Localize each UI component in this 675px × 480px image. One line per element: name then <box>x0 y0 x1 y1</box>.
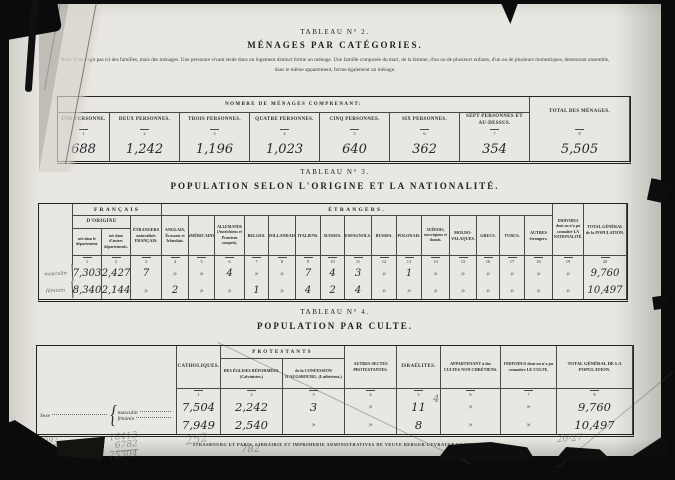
t3-cell: » <box>553 265 584 282</box>
t4-col-number-text: 5 <box>414 390 423 397</box>
t3-col-number-text: 13 <box>405 257 414 264</box>
t3-col-number: 2 <box>102 256 131 265</box>
t3-col-number: 19 <box>553 256 584 265</box>
t3-col-number: 6 <box>215 256 245 265</box>
t3-cell: » <box>189 282 215 299</box>
t3-row-label: féminin <box>39 281 74 300</box>
t4-row-label: féminin <box>118 416 135 422</box>
t3-cell: 7 <box>131 265 162 282</box>
t3-col-number-text: 8 <box>278 257 287 264</box>
t3-cell: » <box>553 282 584 299</box>
t3-col-number-text: 1 <box>83 257 92 264</box>
t2-value: 1,242 <box>110 137 180 161</box>
t3-cell: 1 <box>397 265 422 282</box>
t4-col-lutheriens: de la CONFESSION D'AUGSBOURG. (Luthérien… <box>283 359 345 389</box>
t3-col-number-text: 4 <box>171 257 180 264</box>
dotted-leader <box>140 411 171 412</box>
t3-col-number-text: 19 <box>564 257 573 264</box>
t2-value: 1,023 <box>250 137 320 161</box>
t3-cell: 4 <box>321 265 345 282</box>
t4-cell: 7,504 <box>177 398 221 416</box>
t4-col-calvinistes: DES ÉGLISES RÉFORMÉES. (Calvinistes.) <box>221 359 283 389</box>
t3-cell: » <box>269 265 296 282</box>
t3-cell: » <box>422 265 450 282</box>
t3-corner-cell <box>39 204 73 265</box>
t3-cell: » <box>525 282 553 299</box>
t2-col-number: 3 <box>180 128 250 137</box>
pencil-annotation: 75304 <box>109 449 138 461</box>
t3-col-number-text: 6 <box>225 257 234 264</box>
t3-col-number-text: 7 <box>252 257 261 264</box>
t3-cell: » <box>372 265 397 282</box>
tableau2-title: TABLEAU N° 2. <box>29 28 641 36</box>
t3-col-number: 18 <box>525 256 553 265</box>
t2-col-number: 5 <box>320 128 390 137</box>
t3-col-number: 8 <box>269 256 296 265</box>
t3-cell: 4 <box>215 265 245 282</box>
t2-col-number-text: 5 <box>350 129 359 136</box>
t3-col-number-text: 11 <box>354 257 363 264</box>
t3-col-naturalises: ÉTRANGERS naturalisés FRANÇAIS. <box>131 216 162 256</box>
t2-value: 362 <box>390 137 460 161</box>
t3-group-origine: D'ORIGINE <box>73 216 131 229</box>
t4-row-group: Sexe { masculin féminin <box>37 398 177 434</box>
tableau3-subtitle: POPULATION SELON L'ORIGINE ET LA NATIONA… <box>29 181 641 191</box>
t3-col-number-text: 3 <box>142 257 151 264</box>
t3-cell: » <box>477 282 500 299</box>
t3-cell: » <box>397 282 422 299</box>
t4-cell: » <box>441 416 501 434</box>
torn-edge-bottom-3 <box>555 447 611 460</box>
t4-total-cell: 10,497 <box>557 416 633 434</box>
t4-corner-cell <box>37 346 177 398</box>
t3-total-cell: 10,497 <box>584 282 627 299</box>
t4-col-number-text: 8 <box>590 390 599 397</box>
t3-col-number: 11 <box>345 256 372 265</box>
t4-col-catholiques: CATHOLIQUES. <box>177 346 221 389</box>
t2-col-number-text: 3 <box>210 129 219 136</box>
t3-group-etrangers: ÉTRANGERS. <box>162 204 553 216</box>
t3-cell: 7,303 <box>73 265 102 282</box>
t2-col-number: 7 <box>460 128 530 137</box>
t4-col-number-text: 6 <box>466 390 475 397</box>
t3-cell: 1 <box>245 282 269 299</box>
t3-col-number-text: 10 <box>328 257 337 264</box>
t4-col-number: 2 <box>221 389 283 398</box>
t2-value: 640 <box>320 137 390 161</box>
ink-blob-right-edge-2 <box>652 295 669 310</box>
t3-col-label: SUÉDOIS, norwégiens et danois. <box>422 216 450 256</box>
t3-cell: » <box>477 265 500 282</box>
t3-col-label: ALLEMANDS (Autrichiens et Prussiens comp… <box>215 216 245 256</box>
t3-col-number-text: 2 <box>112 257 121 264</box>
t2-col-label: TROIS PERSONNES. <box>180 113 250 128</box>
t3-cell: » <box>450 265 477 282</box>
t4-col-total: TOTAL GÉNÉRAL DE LA POPULATION. <box>557 346 633 389</box>
t2-col-number-text: 2 <box>140 129 149 136</box>
t4-col-number: 6 <box>441 389 501 398</box>
tableau2-table: NOMBRE DE MÉNAGES COMPRENANT: TOTAL DES … <box>57 96 631 164</box>
t3-col-number-text: 5 <box>197 257 206 264</box>
t4-col-number-text: 2 <box>247 390 256 397</box>
t3-col-number: 13 <box>397 256 422 265</box>
t3-cell: 2 <box>162 282 189 299</box>
tableau3-title: TABLEAU N° 3. <box>29 168 641 176</box>
t3-col-label: GRECS. <box>477 216 500 256</box>
t3-col-number-text: 9 <box>304 257 313 264</box>
t3-col-number-text: 16 <box>484 257 493 264</box>
t4-sexe-label: Sexe <box>40 413 50 419</box>
t3-col-number: 7 <box>245 256 269 265</box>
tableau4-table: CATHOLIQUES. PROTESTANTS DES ÉGLISES RÉF… <box>36 345 634 437</box>
tableau3-table: FRANÇAIS ÉTRANGERS. INDIVIDUS dont on n'… <box>38 203 628 302</box>
t3-col-number: 16 <box>477 256 500 265</box>
t3-col-number: 1 <box>73 256 102 265</box>
t3-col-number: 14 <box>422 256 450 265</box>
t2-col-number: 4 <box>250 128 320 137</box>
t3-cell: 2,144 <box>102 282 131 299</box>
t4-col-autres-sectes: AUTRES SECTES PROTESTANTES. <box>345 346 397 389</box>
t3-col-label: ANGLAIS, Écossais et Irlandais. <box>162 216 189 256</box>
brace-glyph: { <box>110 402 116 431</box>
pencil-annotation: 4 <box>433 394 439 405</box>
t2-value: 1,196 <box>180 137 250 161</box>
t3-col-label: ESPAGNOLS. <box>345 216 372 256</box>
t2-col-label: QUATRE PERSONNES. <box>250 113 320 128</box>
t3-col-label: POLONAIS. <box>397 216 422 256</box>
t3-cell: » <box>162 265 189 282</box>
t2-col-number: 6 <box>390 128 460 137</box>
t3-col-label: nés dans d'autres départements. <box>102 229 131 256</box>
t4-col-number-text: 7 <box>524 390 533 397</box>
t4-col-culte-inconnu: INDIVIDUS dont on n'a pu connaître LE CU… <box>501 346 557 389</box>
t2-col-number-text: 4 <box>280 129 289 136</box>
t2-col-label: CINQ PERSONNES. <box>320 113 390 128</box>
t4-cell: 3 <box>283 398 345 416</box>
t3-cell: 4 <box>296 282 321 299</box>
t3-col-number: 5 <box>189 256 215 265</box>
t4-col-number: 4 <box>345 389 397 398</box>
nota-line-2: dans le même appartement, forme égalemen… <box>275 67 396 73</box>
t3-cell: » <box>269 282 296 299</box>
t4-cell: 2,242 <box>221 398 283 416</box>
tableau2-nota: Nota. Il ne s'agit pas ici des familles,… <box>29 56 641 75</box>
t3-col-total: TOTAL GÉNÉRAL de la POPULATION. <box>584 204 627 256</box>
t3-cell: » <box>131 282 162 299</box>
t3-col-individus: INDIVIDUS dont on n'a pu connaître LA NA… <box>553 204 584 256</box>
t4-col-number-text: 3 <box>309 390 318 397</box>
dotted-leader <box>52 414 107 415</box>
t4-row-label-wrap: féminin <box>118 416 173 422</box>
t3-cell: » <box>245 265 269 282</box>
t3-col-number-text: 12 <box>380 257 389 264</box>
t4-col-number: 1 <box>177 389 221 398</box>
t4-cell: » <box>441 398 501 416</box>
t3-col-number: 9 <box>296 256 321 265</box>
t3-col-label: BELGES. <box>245 216 269 256</box>
t2-col-label: SEPT PERSONNES ET AU-DESSUS. <box>460 113 530 128</box>
t3-col-label: SUISSES. <box>321 216 345 256</box>
t3-col-number-text: 17 <box>508 257 517 264</box>
nota-line-1: Nota. Il ne s'agit pas ici des familles,… <box>61 57 610 63</box>
t2-value: 354 <box>460 137 530 161</box>
t4-cell: » <box>283 416 345 434</box>
t3-cell: 3 <box>345 265 372 282</box>
tableau4-subtitle: POPULATION PAR CULTE. <box>29 321 641 331</box>
tableau2-subtitle: MÉNAGES PAR CATÉGORIES. <box>29 40 641 50</box>
tableau4-title: TABLEAU N° 4. <box>29 308 641 316</box>
t3-cell: » <box>189 265 215 282</box>
t3-cell: » <box>500 265 525 282</box>
t3-total-cell: 9,760 <box>584 265 627 282</box>
t3-col-number: 15 <box>450 256 477 265</box>
t3-group-francais: FRANÇAIS <box>73 204 162 216</box>
t3-col-number: 4 <box>162 256 189 265</box>
t2-total-header: TOTAL DES MÉNAGES. <box>530 97 630 128</box>
t2-group-header: NOMBRE DE MÉNAGES COMPRENANT: <box>58 97 530 113</box>
t3-cell: » <box>450 282 477 299</box>
t3-col-number: 12 <box>372 256 397 265</box>
t2-col-label: SIX PERSONNES. <box>390 113 460 128</box>
t2-total-value: 5,505 <box>530 137 630 161</box>
t4-cell: 2,540 <box>221 416 283 434</box>
t3-cell: » <box>372 282 397 299</box>
t3-col-number: 20 <box>584 256 627 265</box>
t3-cell: 2,427 <box>102 265 131 282</box>
t4-col-number: 3 <box>283 389 345 398</box>
t2-col-number-text: 7 <box>490 129 499 136</box>
t3-col-label: nés dans le département. <box>73 229 102 256</box>
t3-col-number: 10 <box>321 256 345 265</box>
t3-cell: 2 <box>321 282 345 299</box>
t2-col-number: 2 <box>110 128 180 137</box>
t3-cell: 7 <box>296 265 321 282</box>
t3-col-label: TURCS. <box>500 216 525 256</box>
t3-row-label: masculin <box>39 264 74 283</box>
t4-col-number-text: 1 <box>194 390 203 397</box>
t2-col-number: 8 <box>530 128 630 137</box>
t3-col-label: MOLDO-VALAQUES. <box>450 216 477 256</box>
ink-notch-top <box>501 3 518 24</box>
t4-sex-rows: masculin féminin <box>118 410 173 422</box>
t4-col-number-text: 4 <box>366 390 375 397</box>
t3-col-number-text: 20 <box>601 257 610 264</box>
t3-col-label: HOLLANDAIS. <box>269 216 296 256</box>
t3-col-number-text: 18 <box>534 257 543 264</box>
t3-col-number-text: 15 <box>459 257 468 264</box>
pencil-annotation: 782 <box>241 444 261 456</box>
t3-col-label: AUTRES étrangers. <box>525 216 553 256</box>
t4-cell: » <box>501 398 557 416</box>
t2-col-number-text: 8 <box>575 129 584 136</box>
dotted-leader <box>136 417 171 418</box>
t3-cell: 8,340 <box>73 282 102 299</box>
t3-cell: » <box>500 282 525 299</box>
t3-cell: » <box>525 265 553 282</box>
t4-col-number: 8 <box>557 389 633 398</box>
t3-col-number-text: 14 <box>431 257 440 264</box>
t4-col-israelites: ISRAÉLITES. <box>397 346 441 389</box>
t2-col-label: DEUX PERSONNES. <box>110 113 180 128</box>
t4-col-cultes-non-chretiens: APPARTENANT à des CULTES NON CHRÉTIENS. <box>441 346 501 389</box>
t3-cell: 4 <box>345 282 372 299</box>
t3-cell: » <box>422 282 450 299</box>
t3-col-label: ITALIENS. <box>296 216 321 256</box>
t3-cell: » <box>215 282 245 299</box>
t3-col-label: RUSSES. <box>372 216 397 256</box>
t3-col-label: AMÉRICAINS. <box>189 216 215 256</box>
ink-blob-right-edge-1 <box>647 178 671 204</box>
t4-col-number: 7 <box>501 389 557 398</box>
t3-col-number: 3 <box>131 256 162 265</box>
t2-col-number-text: 6 <box>420 129 429 136</box>
scanned-census-page: TABLEAU N° 2. MÉNAGES PAR CATÉGORIES. No… <box>9 4 661 456</box>
t4-cell: » <box>501 416 557 434</box>
t3-col-number: 17 <box>500 256 525 265</box>
